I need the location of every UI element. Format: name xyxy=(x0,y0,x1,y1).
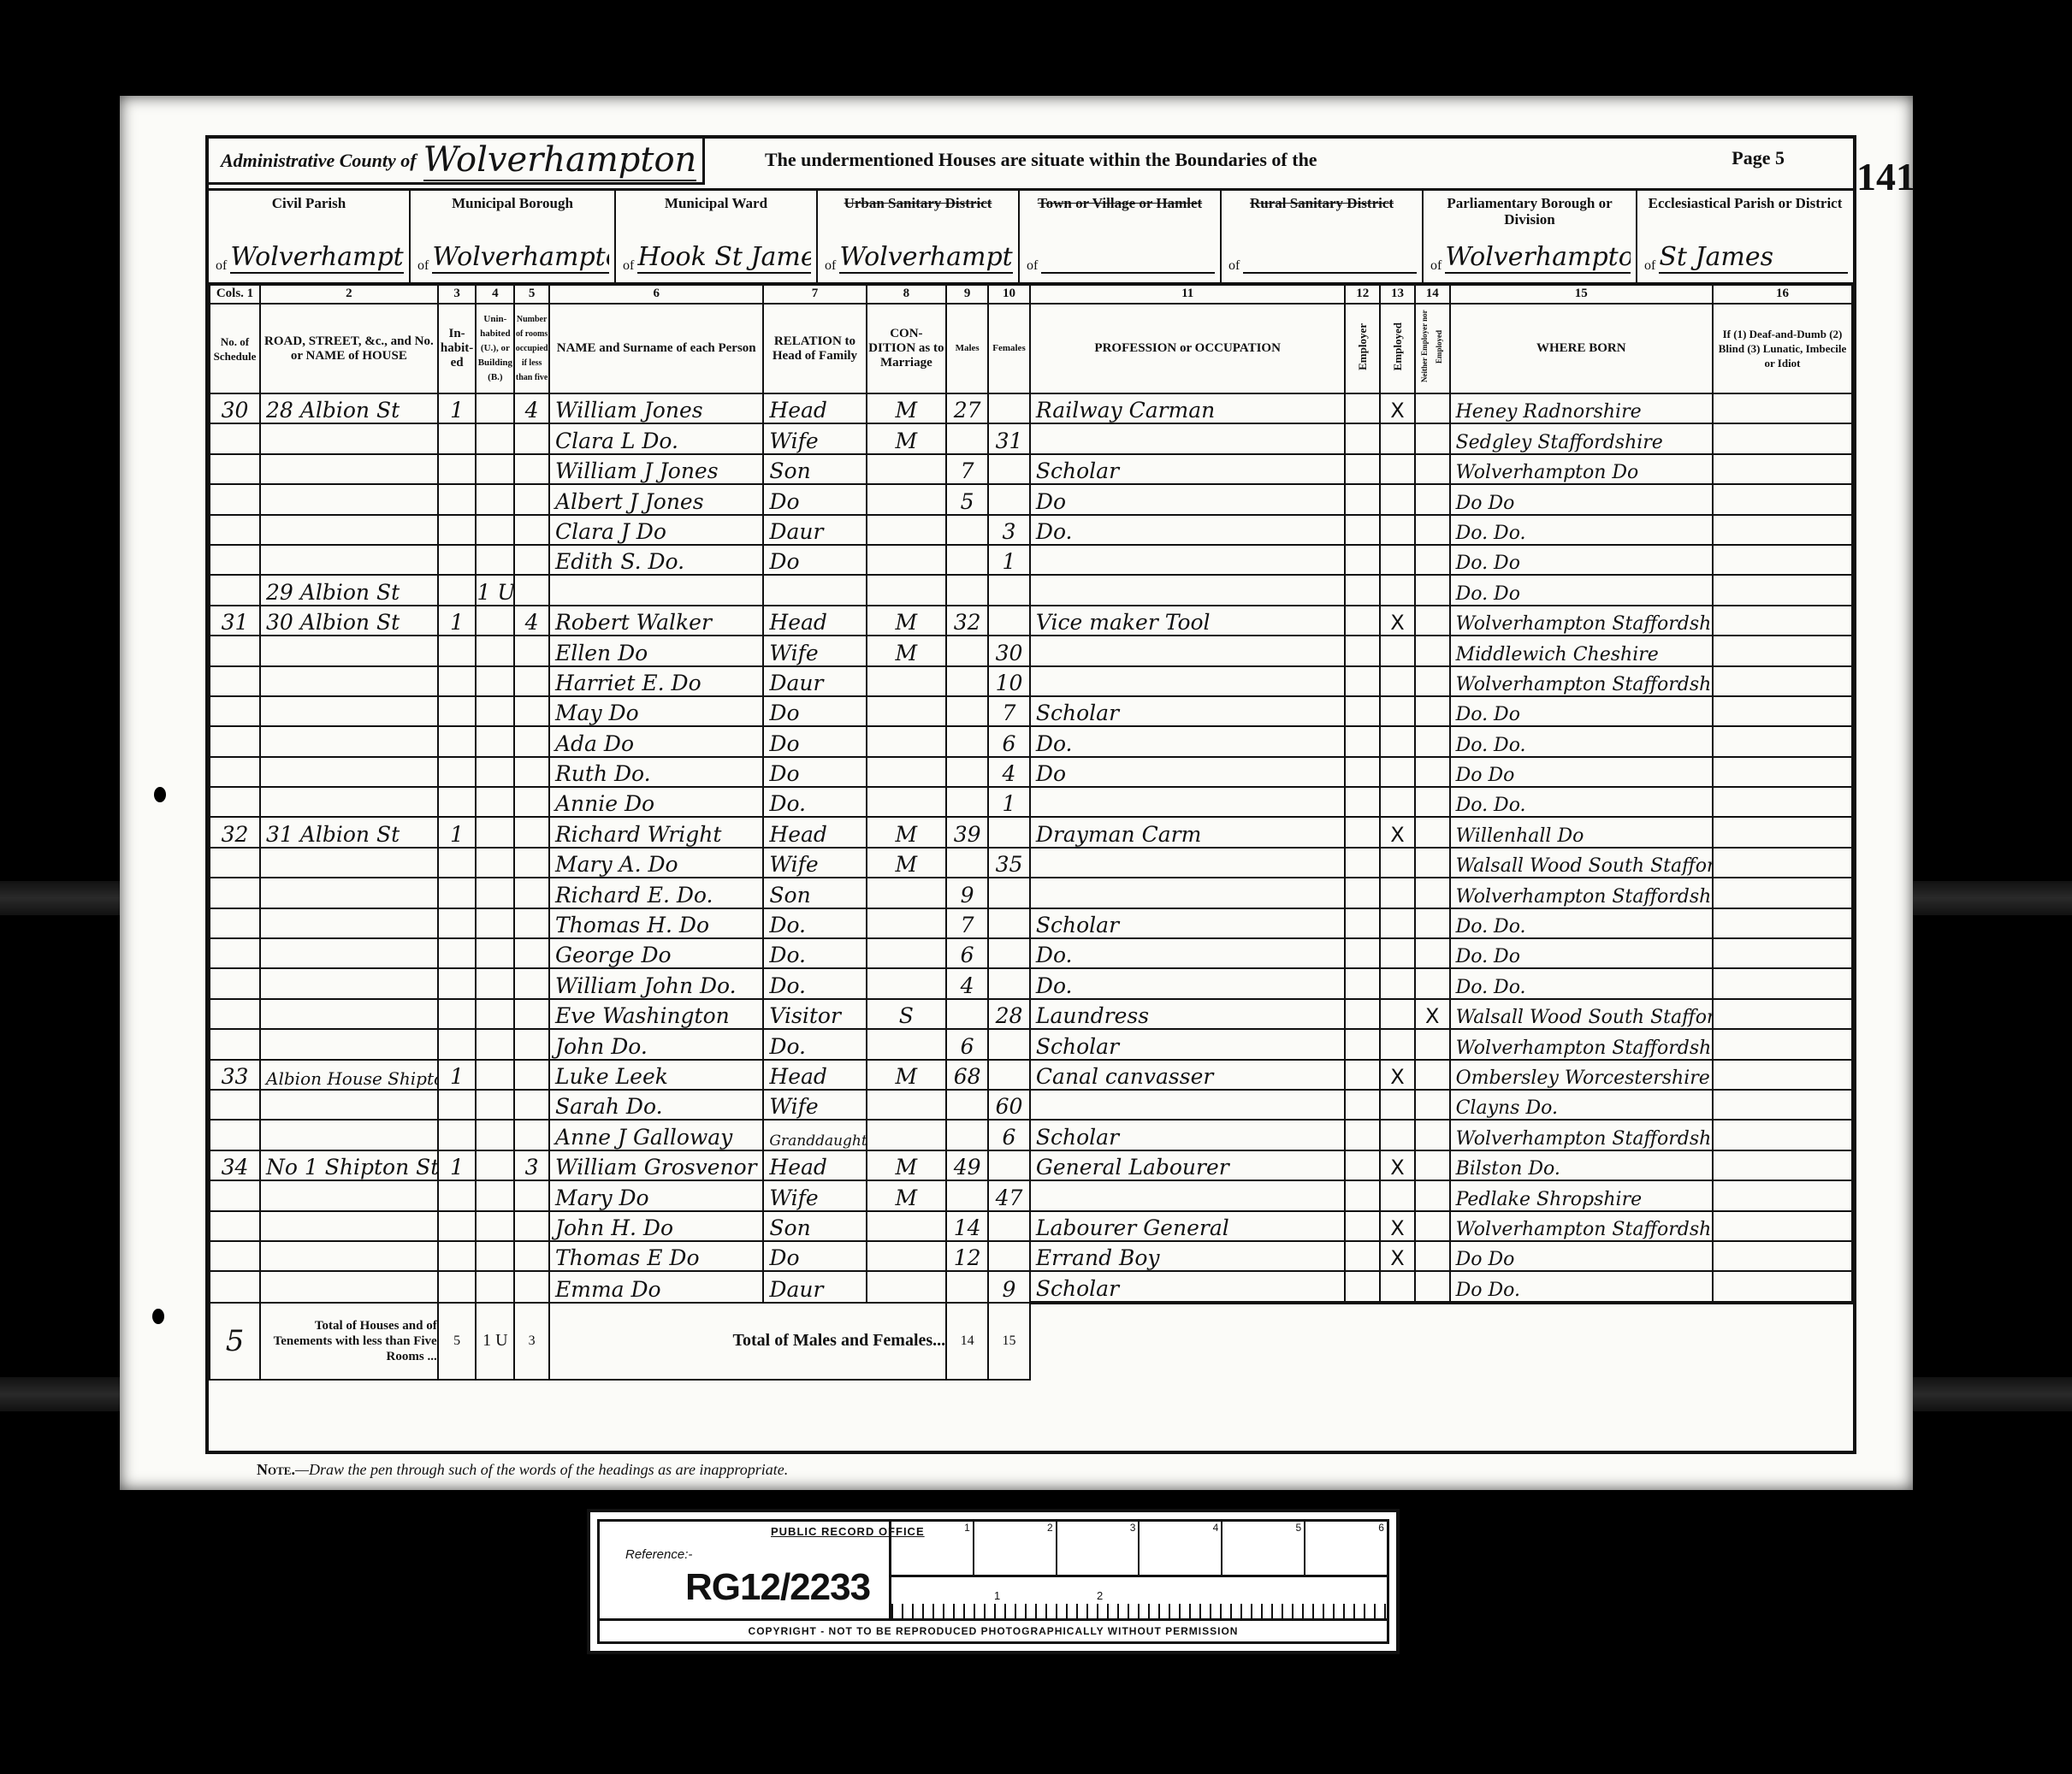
schedule-number: 31 xyxy=(210,606,260,636)
schedule-number: 33 xyxy=(210,1060,260,1090)
inhabited-count xyxy=(438,454,477,484)
employed-mark xyxy=(1380,1120,1415,1150)
header-where-born: WHERE BORN xyxy=(1450,304,1713,393)
boundaries-text: The undermentioned Houses are situate wi… xyxy=(765,149,1317,171)
relation: Son xyxy=(763,1211,866,1241)
person-name: Mary Do xyxy=(549,1180,763,1210)
age-female xyxy=(988,1060,1030,1090)
header-employer: Employer xyxy=(1355,323,1370,370)
rooms-count: 4 xyxy=(514,606,549,636)
inhabited-count xyxy=(438,908,477,938)
occupation: Drayman Carm xyxy=(1030,817,1346,847)
age-female xyxy=(988,938,1030,968)
inhabited-count xyxy=(438,726,477,756)
birthplace: Wolverhampton Do xyxy=(1450,454,1713,484)
uninhabited-count xyxy=(476,1150,514,1180)
marital-condition xyxy=(867,1241,947,1271)
census-row: Clara J DoDaur3Do.Do. Do. xyxy=(210,515,1852,545)
employer-mark xyxy=(1345,938,1380,968)
birthplace: Wolverhampton Staffordshire xyxy=(1450,1211,1713,1241)
infirmity xyxy=(1713,484,1852,514)
total-inhabited: 5 xyxy=(438,1303,477,1380)
schedule-number xyxy=(210,423,260,453)
census-row: 33Albion House Shipton St1Luke LeekHeadM… xyxy=(210,1060,1852,1090)
person-name: William John Do. xyxy=(549,968,763,998)
neither-mark xyxy=(1415,575,1450,605)
neither-mark xyxy=(1415,515,1450,545)
total-schedules: 5 xyxy=(210,1303,260,1380)
employed-mark xyxy=(1380,1180,1415,1210)
birthplace: Do Do xyxy=(1450,1241,1713,1271)
occupation: Errand Boy xyxy=(1030,1241,1346,1271)
relation: Head xyxy=(763,393,866,423)
employer-mark xyxy=(1345,908,1380,938)
person-name: William J Jones xyxy=(549,454,763,484)
column-header-row: No. of Schedule ROAD, STREET, &c., and N… xyxy=(210,304,1852,393)
admin-county-value: Wolverhampton xyxy=(423,140,697,181)
age-male: 6 xyxy=(946,938,988,968)
relation: Wife xyxy=(763,1090,866,1120)
census-row: John H. DoSon14Labourer GeneralXWolverha… xyxy=(210,1211,1852,1241)
age-female xyxy=(988,908,1030,938)
census-row: George DoDo.6Do.Do. Do xyxy=(210,938,1852,968)
employed-mark xyxy=(1380,787,1415,817)
relation: Do xyxy=(763,484,866,514)
employed-mark xyxy=(1380,454,1415,484)
employed-mark: X xyxy=(1380,393,1415,423)
marital-condition xyxy=(867,484,947,514)
person-name: John H. Do xyxy=(549,1211,763,1241)
inhabited-count: 1 xyxy=(438,817,477,847)
age-male xyxy=(946,1120,988,1150)
form-header: Administrative County of Wolverhampton T… xyxy=(209,139,1853,191)
age-male: 27 xyxy=(946,393,988,423)
header-schedule: No. of Schedule xyxy=(210,304,260,393)
age-female: 3 xyxy=(988,515,1030,545)
marital-condition xyxy=(867,696,947,726)
census-row: 3130 Albion St14Robert WalkerHeadM32Vice… xyxy=(210,606,1852,636)
occupation xyxy=(1030,545,1346,575)
age-male xyxy=(946,1180,988,1210)
employer-mark xyxy=(1345,545,1380,575)
schedule-number xyxy=(210,1029,260,1059)
age-male xyxy=(946,423,988,453)
employer-mark xyxy=(1345,575,1380,605)
inhabited-count xyxy=(438,938,477,968)
pro-reference-label: PUBLIC RECORD OFFICE Reference:- RG12/22… xyxy=(587,1509,1400,1654)
uninhabited-count xyxy=(476,696,514,726)
infirmity xyxy=(1713,1211,1852,1241)
relation: Do. xyxy=(763,787,866,817)
neither-mark xyxy=(1415,606,1450,636)
occupation xyxy=(1030,636,1346,665)
employer-mark xyxy=(1345,1090,1380,1120)
neither-mark xyxy=(1415,1029,1450,1059)
inhabited-count xyxy=(438,666,477,696)
age-female xyxy=(988,1241,1030,1271)
person-name: George Do xyxy=(549,938,763,968)
inhabited-count: 1 xyxy=(438,1150,477,1180)
census-form: Administrative County of Wolverhampton T… xyxy=(205,135,1856,1454)
header-inhabited: In-habit-ed xyxy=(438,304,477,393)
relation: Daur xyxy=(763,515,866,545)
uninhabited-count xyxy=(476,938,514,968)
age-female: 1 xyxy=(988,545,1030,575)
employed-mark xyxy=(1380,1271,1415,1302)
inhabited-count xyxy=(438,484,477,514)
road-address xyxy=(260,726,438,756)
rooms-count xyxy=(514,696,549,726)
schedule-number xyxy=(210,1090,260,1120)
employer-mark xyxy=(1345,878,1380,908)
schedule-number xyxy=(210,878,260,908)
neither-mark xyxy=(1415,878,1450,908)
person-name: William Grosvenor xyxy=(549,1150,763,1180)
occupation: Do xyxy=(1030,757,1346,787)
inhabited-count xyxy=(438,1180,477,1210)
marital-condition xyxy=(867,666,947,696)
infirmity xyxy=(1713,575,1852,605)
infirmity xyxy=(1713,1150,1852,1180)
relation: Visitor xyxy=(763,999,866,1029)
road-address: Albion House Shipton St xyxy=(260,1060,438,1090)
road-address xyxy=(260,1271,438,1302)
employed-mark xyxy=(1380,908,1415,938)
relation: Wife xyxy=(763,1180,866,1210)
census-row: Eve WashingtonVisitorS28LaundressXWalsal… xyxy=(210,999,1852,1029)
total-males: 14 xyxy=(946,1303,988,1380)
employer-mark xyxy=(1345,515,1380,545)
urban-sanitary-value: Wolverhampton xyxy=(839,243,1013,274)
occupation xyxy=(1030,1090,1346,1120)
employed-mark: X xyxy=(1380,817,1415,847)
age-female: 6 xyxy=(988,726,1030,756)
schedule-number xyxy=(210,666,260,696)
marital-condition xyxy=(867,1029,947,1059)
occupation: Do. xyxy=(1030,515,1346,545)
occupation: Labourer General xyxy=(1030,1211,1346,1241)
relation: Do xyxy=(763,1241,866,1271)
road-address xyxy=(260,878,438,908)
infirmity xyxy=(1713,1241,1852,1271)
inhabited-count xyxy=(438,1090,477,1120)
person-name: May Do xyxy=(549,696,763,726)
census-row: Anne J GallowayGranddaughter6ScholarWolv… xyxy=(210,1120,1852,1150)
person-name xyxy=(549,575,763,605)
age-female: 60 xyxy=(988,1090,1030,1120)
column-number-row: Cols. 12345 678910 111213141516 xyxy=(210,283,1852,304)
punch-hole xyxy=(152,1309,164,1324)
inhabited-count xyxy=(438,636,477,665)
marital-condition xyxy=(867,1271,947,1302)
employed-mark xyxy=(1380,878,1415,908)
census-row: Thomas H. DoDo.7ScholarDo. Do. xyxy=(210,908,1852,938)
uninhabited-count xyxy=(476,666,514,696)
occupation: Do. xyxy=(1030,726,1346,756)
person-name: Mary A. Do xyxy=(549,848,763,878)
birthplace: Do. Do xyxy=(1450,938,1713,968)
inhabited-count xyxy=(438,515,477,545)
schedule-number xyxy=(210,908,260,938)
road-address xyxy=(260,757,438,787)
employed-mark xyxy=(1380,545,1415,575)
age-male: 6 xyxy=(946,1029,988,1059)
infirmity xyxy=(1713,908,1852,938)
inhabited-count xyxy=(438,878,477,908)
infirmity xyxy=(1713,1090,1852,1120)
occupation: Vice maker Tool xyxy=(1030,606,1346,636)
marital-condition xyxy=(867,908,947,938)
age-male xyxy=(946,515,988,545)
person-name: Clara L Do. xyxy=(549,423,763,453)
uninhabited-count xyxy=(476,787,514,817)
road-address xyxy=(260,848,438,878)
birthplace: Sedgley Staffordshire xyxy=(1450,423,1713,453)
inhabited-count xyxy=(438,545,477,575)
birthplace: Do. Do. xyxy=(1450,787,1713,817)
schedule-number xyxy=(210,575,260,605)
rooms-count xyxy=(514,1271,549,1302)
age-female: 10 xyxy=(988,666,1030,696)
schedule-number xyxy=(210,696,260,726)
birthplace: Pedlake Shropshire xyxy=(1450,1180,1713,1210)
age-female: 31 xyxy=(988,423,1030,453)
census-row: Thomas E DoDo12Errand BoyXDo Do xyxy=(210,1241,1852,1271)
age-male: 14 xyxy=(946,1211,988,1241)
road-address: 29 Albion St xyxy=(260,575,438,605)
schedule-number: 32 xyxy=(210,817,260,847)
employed-mark xyxy=(1380,999,1415,1029)
inhabited-count xyxy=(438,787,477,817)
occupation xyxy=(1030,575,1346,605)
uninhabited-count xyxy=(476,1180,514,1210)
inhabited-count xyxy=(438,999,477,1029)
employer-mark xyxy=(1345,393,1380,423)
employed-mark xyxy=(1380,423,1415,453)
division-parliamentary: Parliamentary Borough or Division ofWolv… xyxy=(1424,188,1637,282)
age-female: 6 xyxy=(988,1120,1030,1150)
occupation xyxy=(1030,787,1346,817)
infirmity xyxy=(1713,545,1852,575)
header-occupation: PROFESSION or OCCUPATION xyxy=(1030,304,1346,393)
rooms-count xyxy=(514,787,549,817)
occupation: Canal canvasser xyxy=(1030,1060,1346,1090)
road-address xyxy=(260,1241,438,1271)
schedule-number xyxy=(210,1120,260,1150)
employer-mark xyxy=(1345,787,1380,817)
rooms-count xyxy=(514,938,549,968)
reference-code: RG12/2233 xyxy=(685,1566,870,1609)
neither-mark xyxy=(1415,393,1450,423)
total-females: 15 xyxy=(988,1303,1030,1380)
marital-condition: M xyxy=(867,848,947,878)
relation xyxy=(763,575,866,605)
occupation xyxy=(1030,666,1346,696)
neither-mark xyxy=(1415,1180,1450,1210)
age-female xyxy=(988,878,1030,908)
infirmity xyxy=(1713,999,1852,1029)
uninhabited-count xyxy=(476,484,514,514)
rooms-count: 3 xyxy=(514,1150,549,1180)
schedule-number xyxy=(210,515,260,545)
employed-mark xyxy=(1380,1029,1415,1059)
division-civil-parish: Civil Parish ofWolverhampton xyxy=(209,188,411,282)
census-table: Cols. 12345 678910 111213141516 No. of S… xyxy=(209,282,1853,1381)
census-row: Ruth Do.Do4DoDo Do xyxy=(210,757,1852,787)
rooms-count xyxy=(514,515,549,545)
uninhabited-count xyxy=(476,757,514,787)
birthplace: Middlewich Cheshire xyxy=(1450,636,1713,665)
person-name: Emma Do xyxy=(549,1271,763,1302)
birthplace: Willenhall Do xyxy=(1450,817,1713,847)
person-name: Clara J Do xyxy=(549,515,763,545)
person-name: Anne J Galloway xyxy=(549,1120,763,1150)
relation: Daur xyxy=(763,666,866,696)
age-female xyxy=(988,1211,1030,1241)
age-male xyxy=(946,696,988,726)
neither-mark xyxy=(1415,1241,1450,1271)
relation: Do. xyxy=(763,1029,866,1059)
marital-condition: M xyxy=(867,423,947,453)
age-male xyxy=(946,1090,988,1120)
marital-condition xyxy=(867,726,947,756)
uninhabited-count xyxy=(476,515,514,545)
form-note: Note.—Draw the pen through such of the w… xyxy=(257,1461,788,1479)
infirmity xyxy=(1713,968,1852,998)
neither-mark xyxy=(1415,757,1450,787)
schedule-number xyxy=(210,726,260,756)
birthplace: Do. Do xyxy=(1450,575,1713,605)
road-address xyxy=(260,1120,438,1150)
age-female xyxy=(988,1150,1030,1180)
road-address xyxy=(260,484,438,514)
age-female xyxy=(988,484,1030,514)
road-address xyxy=(260,787,438,817)
marital-condition xyxy=(867,545,947,575)
person-name: Thomas H. Do xyxy=(549,908,763,938)
neither-mark xyxy=(1415,787,1450,817)
employed-mark: X xyxy=(1380,1211,1415,1241)
reference-label: Reference:- xyxy=(625,1547,692,1562)
town-village-value xyxy=(1041,272,1215,274)
uninhabited-count xyxy=(476,423,514,453)
employed-mark xyxy=(1380,636,1415,665)
employer-mark xyxy=(1345,1029,1380,1059)
employed-mark: X xyxy=(1380,1241,1415,1271)
rooms-count xyxy=(514,999,549,1029)
admin-county-box: Administrative County of Wolverhampton xyxy=(209,139,705,185)
neither-mark xyxy=(1415,938,1450,968)
schedule-number xyxy=(210,545,260,575)
neither-mark xyxy=(1415,454,1450,484)
inhabited-count xyxy=(438,757,477,787)
infirmity xyxy=(1713,606,1852,636)
header-employed: Employed xyxy=(1390,322,1405,370)
birthplace: Bilston Do. xyxy=(1450,1150,1713,1180)
relation: Daur xyxy=(763,1271,866,1302)
header-neither: Neither Employer nor Employed xyxy=(1418,305,1447,388)
copyright-notice: COPYRIGHT - NOT TO BE REPRODUCED PHOTOGR… xyxy=(600,1618,1387,1641)
schedule-number xyxy=(210,848,260,878)
relation: Do xyxy=(763,545,866,575)
age-female xyxy=(988,968,1030,998)
person-name: Harriet E. Do xyxy=(549,666,763,696)
marital-condition xyxy=(867,1090,947,1120)
road-address: 28 Albion St xyxy=(260,393,438,423)
infirmity xyxy=(1713,1180,1852,1210)
infirmity xyxy=(1713,1120,1852,1150)
relation: Do. xyxy=(763,968,866,998)
uninhabited-count xyxy=(476,393,514,423)
infirmity xyxy=(1713,393,1852,423)
birthplace: Do. Do. xyxy=(1450,968,1713,998)
age-female: 9 xyxy=(988,1271,1030,1302)
employer-mark xyxy=(1345,1180,1380,1210)
relation: Head xyxy=(763,606,866,636)
schedule-number xyxy=(210,1211,260,1241)
relation: Do xyxy=(763,696,866,726)
employer-mark xyxy=(1345,636,1380,665)
marital-condition xyxy=(867,968,947,998)
schedule-number xyxy=(210,968,260,998)
marital-condition xyxy=(867,938,947,968)
infirmity xyxy=(1713,757,1852,787)
divisions-row: Civil Parish ofWolverhampton Municipal B… xyxy=(209,188,1853,286)
rooms-count xyxy=(514,1241,549,1271)
occupation: Do. xyxy=(1030,968,1346,998)
employer-mark xyxy=(1345,606,1380,636)
road-address xyxy=(260,636,438,665)
age-male: 49 xyxy=(946,1150,988,1180)
header-road: ROAD, STREET, &c., and No. or NAME of HO… xyxy=(260,304,438,393)
marital-condition xyxy=(867,575,947,605)
uninhabited-count xyxy=(476,1241,514,1271)
relation: Wife xyxy=(763,423,866,453)
census-row: Ada DoDo6Do.Do. Do. xyxy=(210,726,1852,756)
rooms-count xyxy=(514,454,549,484)
employer-mark xyxy=(1345,1241,1380,1271)
inhabited-count xyxy=(438,575,477,605)
neither-mark xyxy=(1415,726,1450,756)
employer-mark xyxy=(1345,757,1380,787)
infirmity xyxy=(1713,636,1852,665)
neither-mark xyxy=(1415,696,1450,726)
infirmity xyxy=(1713,1029,1852,1059)
employer-mark xyxy=(1345,423,1380,453)
division-municipal-borough: Municipal Borough ofWolverhampton xyxy=(411,188,616,282)
relation: Do xyxy=(763,726,866,756)
occupation: Scholar xyxy=(1030,1120,1346,1150)
age-female: 1 xyxy=(988,787,1030,817)
employed-mark: X xyxy=(1380,1060,1415,1090)
road-address: 30 Albion St xyxy=(260,606,438,636)
marital-condition xyxy=(867,1211,947,1241)
neither-mark xyxy=(1415,1271,1450,1302)
age-female: 47 xyxy=(988,1180,1030,1210)
punch-hole xyxy=(154,787,166,802)
road-address xyxy=(260,1180,438,1210)
marital-condition xyxy=(867,757,947,787)
header-infirmity: If (1) Deaf-and-Dumb (2) Blind (3) Lunat… xyxy=(1713,304,1852,393)
age-male: 5 xyxy=(946,484,988,514)
age-male xyxy=(946,575,988,605)
parliamentary-value: Wolverhampton E xyxy=(1445,243,1631,274)
employer-mark xyxy=(1345,1120,1380,1150)
uninhabited-count xyxy=(476,1060,514,1090)
inhabited-count xyxy=(438,1120,477,1150)
relation: Head xyxy=(763,817,866,847)
schedule-number xyxy=(210,454,260,484)
